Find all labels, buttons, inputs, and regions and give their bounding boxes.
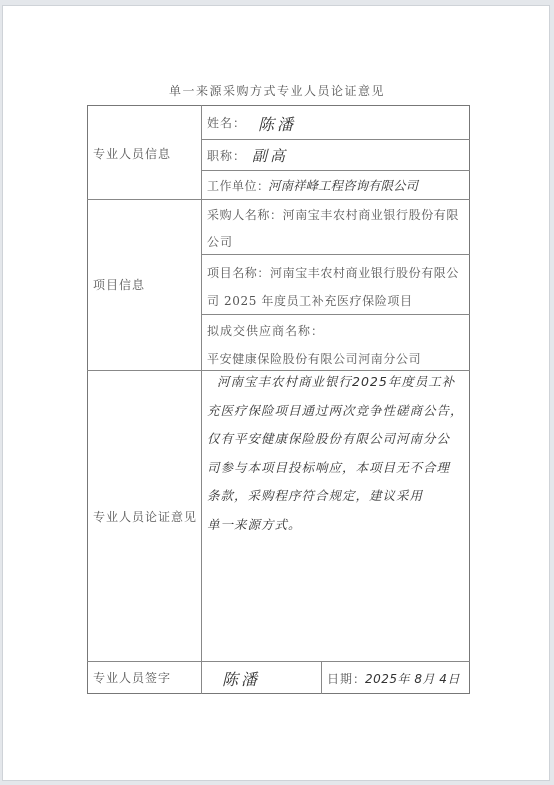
row-divider	[201, 254, 470, 255]
opinion-line: 充医疗保险项目通过两次竞争性磋商公告，	[207, 397, 477, 426]
row-divider	[201, 170, 470, 171]
opinion-handwritten-text: 河南宝丰农村商业银行2025年度员工补 充医疗保险项目通过两次竞争性磋商公告， …	[207, 368, 477, 539]
title-label: 职称：	[207, 147, 246, 164]
opinion-line: 仅有平安健康保险股份有限公司河南分公	[207, 425, 477, 454]
row-divider	[201, 314, 470, 315]
title-value-handwritten: 副高	[252, 145, 288, 166]
section-divider	[87, 661, 470, 662]
date-divider	[321, 661, 322, 694]
name-value-handwritten: 陈潘	[258, 112, 296, 135]
row-divider	[201, 139, 470, 140]
opinion-line: 单一来源方式。	[207, 511, 477, 540]
date-value-handwritten: 2025年 8月 4日	[365, 670, 460, 687]
signature-label: 专业人员签字	[93, 669, 171, 686]
unit-label: 工作单位：	[207, 177, 270, 194]
date-label: 日期：	[327, 670, 366, 687]
expert-info-label: 专业人员信息	[93, 145, 171, 162]
purchaser-line-2: 公司	[207, 233, 233, 250]
opinion-label: 专业人员论证意见	[93, 508, 197, 525]
opinion-line: 河南宝丰农村商业银行2025年度员工补	[207, 368, 477, 397]
section-divider	[87, 199, 470, 200]
column-divider	[201, 105, 202, 694]
supplier-value: 平安健康保险股份有限公司河南分公司	[207, 350, 421, 367]
purchaser-line-1: 采购人名称：河南宝丰农村商业银行股份有限	[207, 206, 459, 223]
project-info-label: 项目信息	[93, 276, 145, 293]
project-name-line-2: 司 2025 年度员工补充医疗保险项目	[207, 292, 413, 309]
unit-value-handwritten: 河南祥峰工程咨询有限公司	[268, 176, 418, 194]
supplier-label: 拟成交供应商名称：	[207, 322, 324, 339]
signature-value-handwritten: 陈潘	[222, 667, 260, 690]
opinion-line: 条款，采购程序符合规定，建议采用	[207, 482, 477, 511]
name-label: 姓名：	[207, 114, 246, 131]
project-name-line-1: 项目名称：河南宝丰农村商业银行股份有限公	[207, 264, 459, 281]
document-title: 单一来源采购方式专业人员论证意见	[0, 82, 554, 99]
opinion-line: 司参与本项目投标响应，本项目无不合理	[207, 454, 477, 483]
